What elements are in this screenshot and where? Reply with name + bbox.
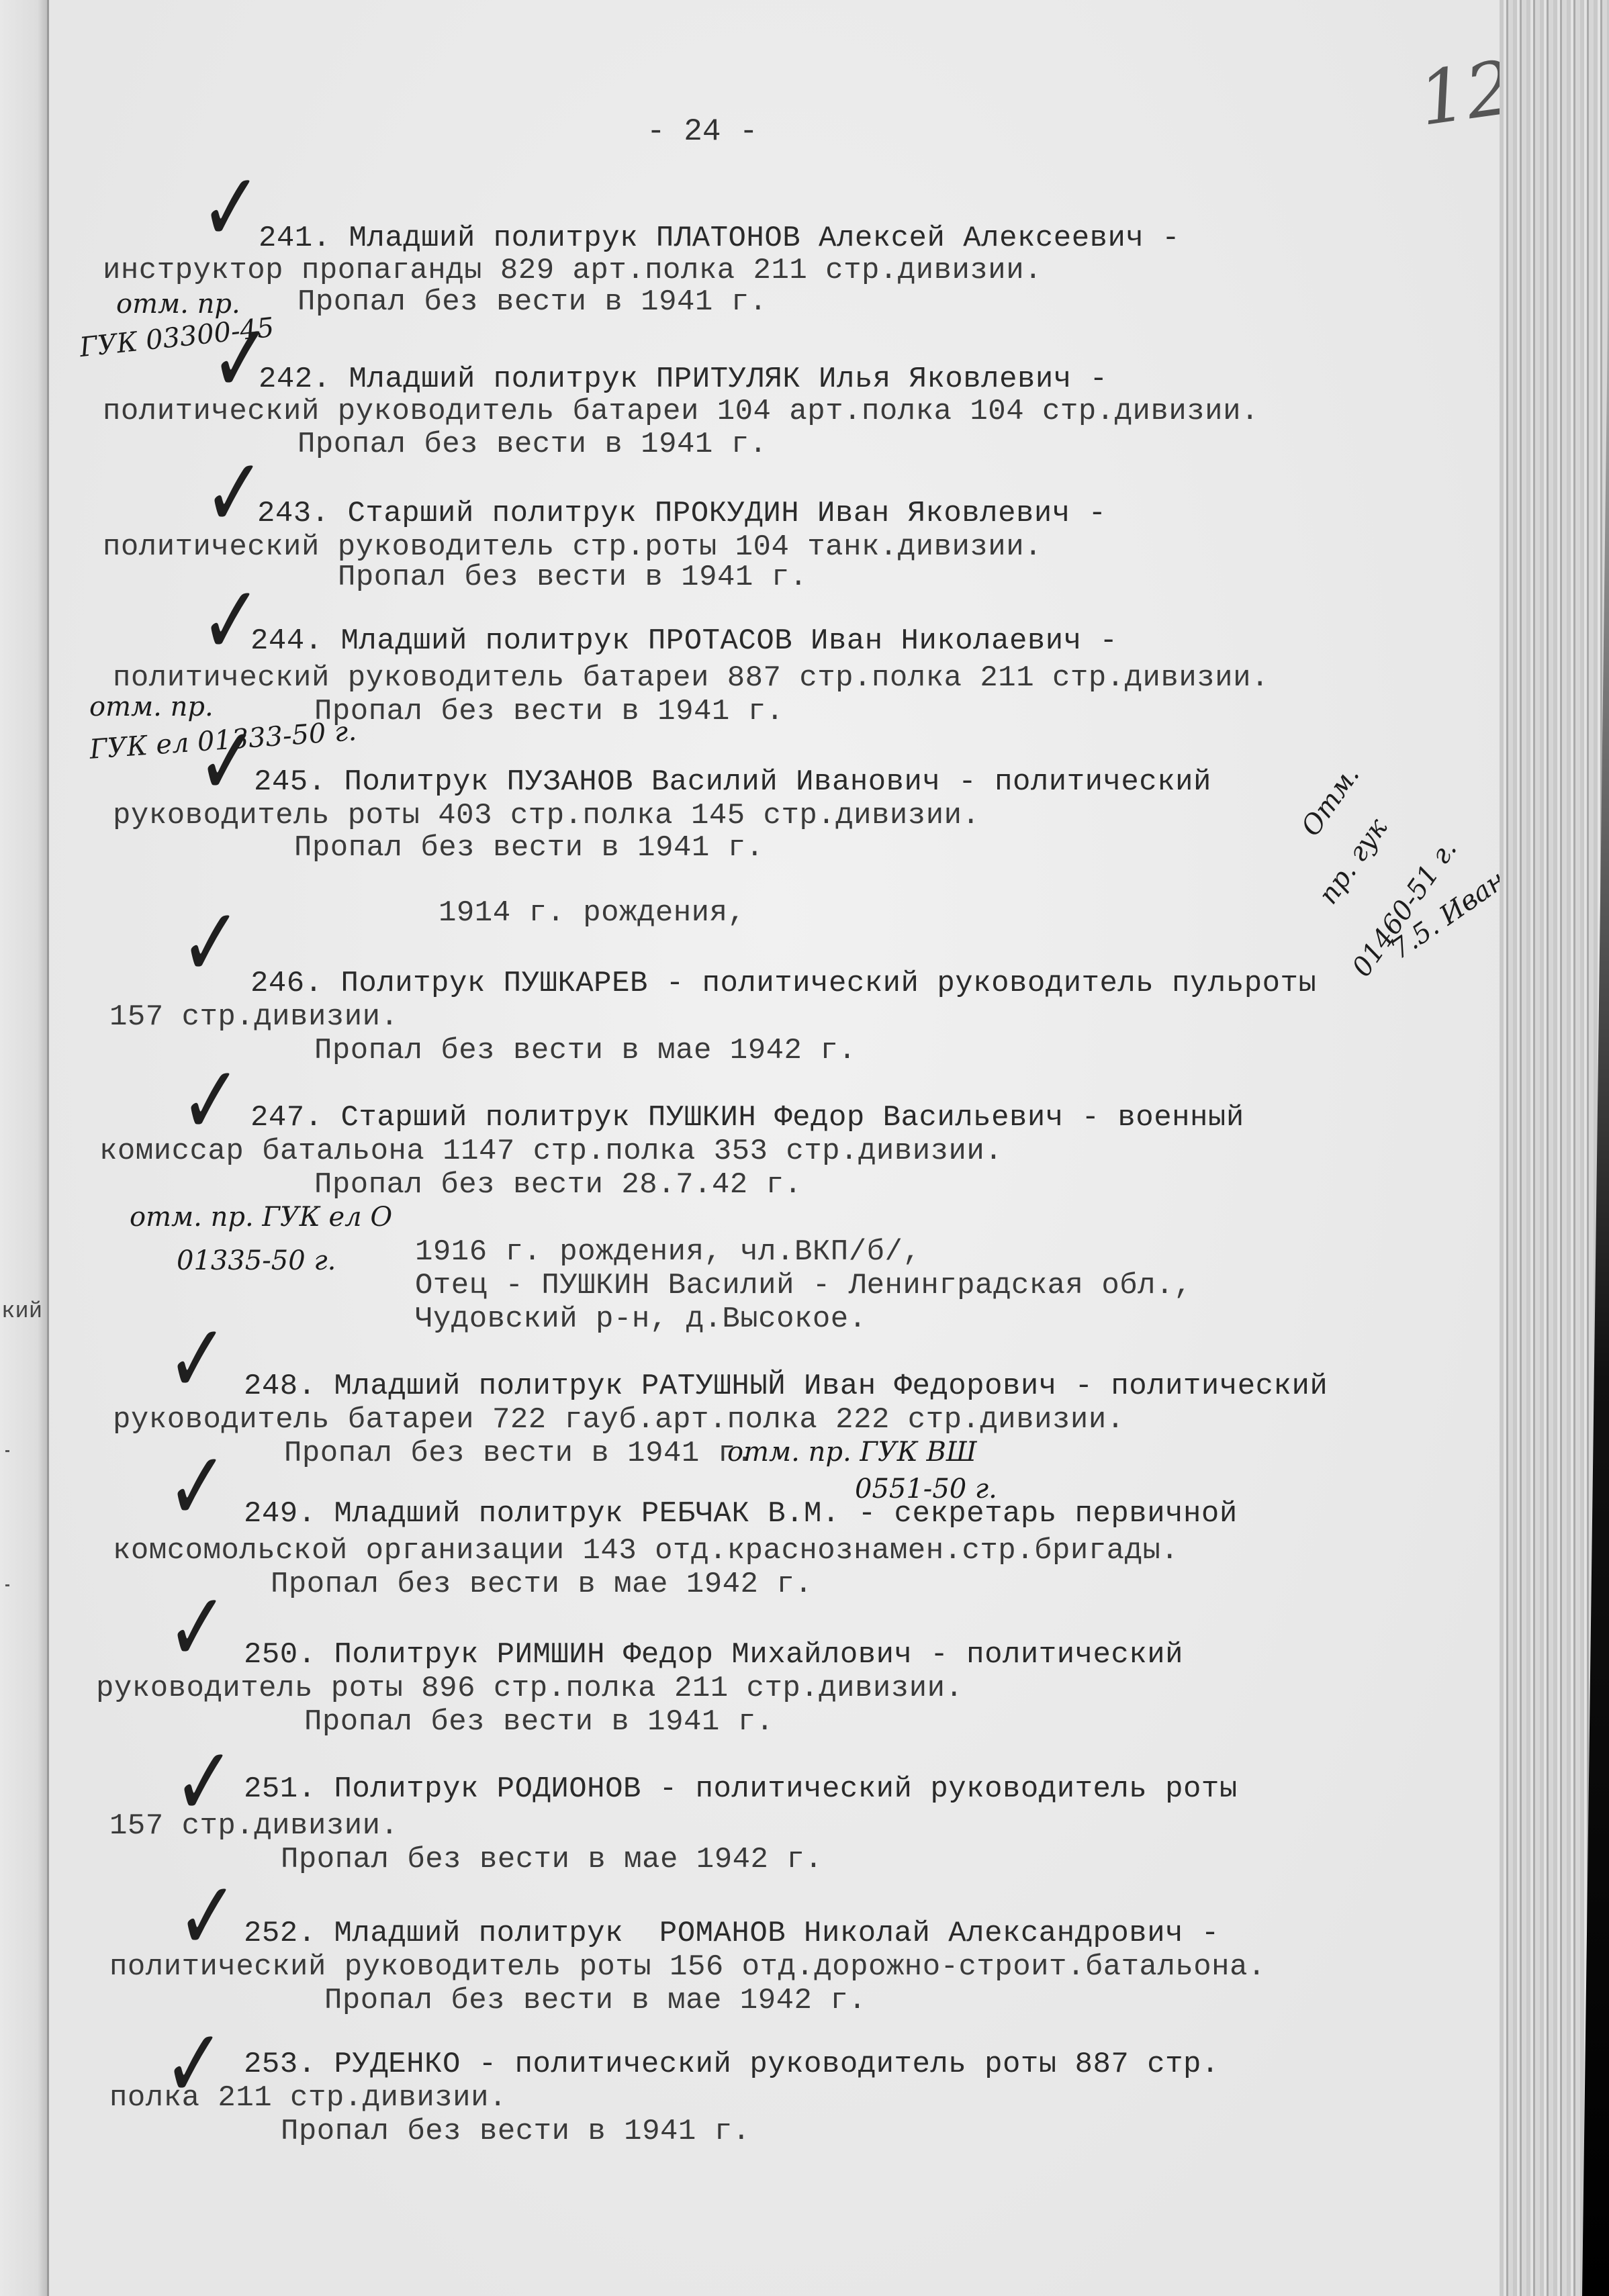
entry-243-line-3: Пропал без вести в 1941 г.: [338, 561, 808, 594]
entry-247-line-4: 1916 г. рождения, чл.ВКП/б/,: [415, 1235, 921, 1269]
entry-249-line-1: 249. Младший политрук РЕБЧАК В.М. - секр…: [244, 1497, 1238, 1531]
adjacent-page-mark: [5, 1450, 9, 1452]
adjacent-page-edge: кий: [0, 0, 49, 2296]
adjacent-page-text: кий: [1, 1299, 42, 1325]
entry-251-line-2: 157 стр.дивизии.: [109, 1809, 398, 1843]
entry-245-line-2: руководитель роты 403 стр.полка 145 стр.…: [113, 799, 980, 832]
adjacent-page-mark: [5, 1584, 9, 1586]
entry-249-line-3: Пропал без вести в мае 1942 г.: [271, 1568, 813, 1601]
entry-241-line-1: 241. Младший политрук ПЛАТОНОВ Алексей А…: [259, 222, 1180, 255]
entry-250-line-1: 250. Политрук РИМШИН Федор Михайлович - …: [244, 1638, 1183, 1672]
entry-241-line-2: инструктор пропаганды 829 арт.полка 211 …: [103, 254, 1042, 287]
entry-247-line-2: комиссар батальона 1147 стр.полка 353 ст…: [99, 1135, 1003, 1168]
entry-247-line-6: Чудовский р-н, д.Высокое.: [415, 1302, 867, 1336]
page-number: - 24 -: [647, 114, 758, 149]
entry-253-line-1: 253. РУДЕНКО - политический руководитель…: [244, 2048, 1220, 2081]
entry-252-line-1: 252. Младший политрук РОМАНОВ Николай Ал…: [244, 1917, 1220, 1950]
entry-244-line-1: 244. Младший политрук ПРОТАСОВ Иван Нико…: [250, 624, 1117, 658]
entry-250-line-2: руководитель роты 896 стр.полка 211 стр.…: [96, 1672, 963, 1705]
entry-244-line-3: Пропал без вести в 1941 г.: [314, 695, 784, 728]
check-mark-icon: ✓: [167, 1303, 228, 1415]
entry-242-line-2: политический руководитель батареи 104 ар…: [103, 395, 1259, 428]
entry-251-line-3: Пропал без вести в мае 1942 г.: [281, 1843, 823, 1876]
entry-251-line-1: 251. Политрук РОДИОНОВ - политический ру…: [244, 1772, 1238, 1806]
check-mark-icon: ✓: [167, 1572, 228, 1683]
entry-247-line-3: Пропал без вести 28.7.42 г.: [314, 1168, 802, 1202]
entry-249-line-2: комсомольской организации 143 отд.красно…: [113, 1534, 1179, 1568]
entry-253-line-2: полка 211 стр.дивизии.: [109, 2081, 507, 2115]
entry-243-line-1: 243. Старший политрук ПРОКУДИН Иван Яков…: [257, 497, 1107, 530]
document-page: 120 - 24 - ✓ 241. Младший политрук ПЛАТО…: [49, 0, 1500, 2296]
entry-252-line-3: Пропал без вести в мае 1942 г.: [324, 1984, 866, 2017]
entry-242-line-1: 242. Младший политрук ПРИТУЛЯК Илья Яков…: [259, 363, 1108, 396]
entry-252-line-2: политический руководитель роты 156 отд.д…: [109, 1950, 1266, 1984]
entry-245-line-3: Пропал без вести в 1941 г.: [294, 831, 764, 865]
entry-250-line-3: Пропал без вести в 1941 г.: [304, 1705, 774, 1739]
entry-244-line-2: политический руководитель батареи 887 ст…: [113, 661, 1269, 695]
entry-241-line-3: Пропал без вести в 1941 г.: [297, 285, 768, 319]
annotation-248-a: отм. пр. ГУК ВШ: [727, 1437, 977, 1468]
entry-245-line-4: 1914 г. рождения,: [439, 896, 745, 930]
entry-246-line-2: 157 стр.дивизии.: [109, 1000, 398, 1034]
entry-246-line-3: Пропал без вести в мае 1942 г.: [314, 1034, 856, 1067]
annotation-247-b: 01335-50 г.: [177, 1245, 336, 1276]
entry-248-line-1: 248. Младший политрук РАТУШНЫЙ Иван Федо…: [244, 1370, 1328, 1403]
entry-243-line-2: политический руководитель стр.роты 104 т…: [103, 530, 1042, 564]
entry-248-line-2: руководитель батареи 722 гауб.арт.полка …: [113, 1403, 1125, 1437]
check-mark-icon: ✓: [200, 152, 262, 263]
annotation-244-a: отм. пр.: [89, 691, 214, 722]
entry-242-line-3: Пропал без вести в 1941 г.: [297, 428, 768, 461]
entry-246-line-1: 246. Политрук ПУШКАРЕВ - политический ру…: [250, 967, 1316, 1000]
entry-245-line-1: 245. Политрук ПУЗАНОВ Василий Иванович -…: [254, 765, 1211, 799]
entry-253-line-3: Пропал без вести в 1941 г.: [281, 2115, 751, 2148]
entry-247-line-5: Отец - ПУШКИН Василий - Ленинградская об…: [415, 1269, 1192, 1302]
check-mark-icon: ✓: [180, 887, 242, 998]
annotation-247-a: отм. пр. ГУК ел О: [130, 1202, 392, 1233]
entry-248-line-3: Пропал без вести в 1941 г.: [284, 1437, 754, 1470]
check-mark-icon: ✓: [167, 1431, 228, 1542]
annotation-245-a: Отм.: [1295, 760, 1366, 842]
check-mark-icon: ✓: [200, 565, 262, 676]
page-stack-edges: [1500, 0, 1609, 2296]
entry-247-line-1: 247. Старший политрук ПУШКИН Федор Васил…: [250, 1101, 1244, 1135]
